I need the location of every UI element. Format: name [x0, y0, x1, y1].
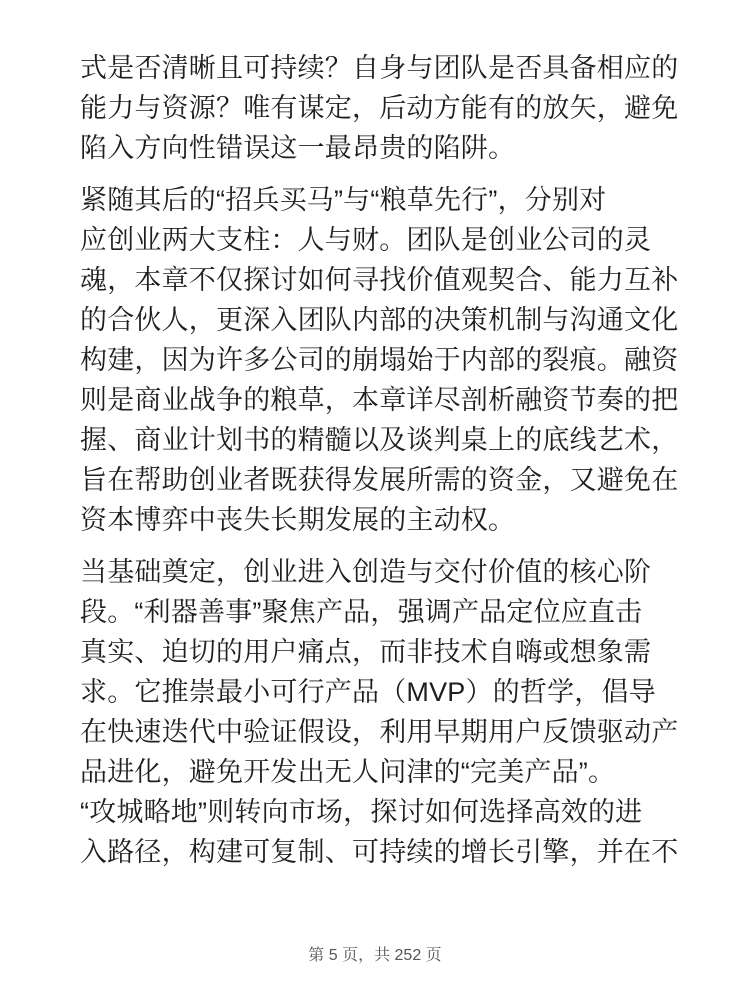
text-line: 式是否清晰且可持续？自身与团队是否具备相应的 — [80, 48, 676, 88]
page-number: 第 5 页，共 252 页 — [0, 946, 750, 966]
text-line: 构建，因为许多公司的崩塌始于内部的裂痕。融资 — [80, 340, 676, 380]
page-text: 式是否清晰且可持续？自身与团队是否具备相应的能力与资源？唯有谋定，后动方能有的放… — [80, 48, 676, 884]
text-line: 在快速迭代中验证假设，利用早期用户反馈驱动产 — [80, 712, 676, 752]
text-line: 资本博弈中丧失长期发展的主动权。 — [80, 500, 676, 540]
text-line: 真实、迫切的用户痛点，而非技术自嗨或想象需 — [80, 632, 676, 672]
text-line: 入路径，构建可复制、可持续的增长引擎，并在不 — [80, 832, 676, 872]
text-line: 握、商业计划书的精髓以及谈判桌上的底线艺术， — [80, 420, 676, 460]
paragraph: 式是否清晰且可持续？自身与团队是否具备相应的能力与资源？唯有谋定，后动方能有的放… — [80, 48, 676, 168]
paragraph: 当基础奠定，创业进入创造与交付价值的核心阶段。“利器善事”聚焦产品，强调产品定位… — [80, 552, 676, 872]
paragraph: 紧随其后的“招兵买马”与“粮草先行”，分别对应创业两大支柱：人与财。团队是创业公… — [80, 180, 676, 540]
text-line: 能力与资源？唯有谋定，后动方能有的放矢，避免 — [80, 88, 676, 128]
text-line: 品进化，避免开发出无人问津的“完美产品”。 — [80, 752, 676, 792]
document-page: 式是否清晰且可持续？自身与团队是否具备相应的能力与资源？唯有谋定，后动方能有的放… — [0, 0, 750, 1000]
text-line: 魂，本章不仅探讨如何寻找价值观契合、能力互补 — [80, 260, 676, 300]
text-line: 的合伙人，更深入团队内部的决策机制与沟通文化 — [80, 300, 676, 340]
text-line: 陷入方向性错误这一最昂贵的陷阱。 — [80, 128, 676, 168]
text-line: 求。它推崇最小可行产品（MVP）的哲学，倡导 — [80, 672, 676, 712]
text-line: 应创业两大支柱：人与财。团队是创业公司的灵 — [80, 220, 676, 260]
text-line: 旨在帮助创业者既获得发展所需的资金，又避免在 — [80, 460, 676, 500]
text-line: 段。“利器善事”聚焦产品，强调产品定位应直击 — [80, 592, 676, 632]
text-line: “攻城略地”则转向市场，探讨如何选择高效的进 — [80, 792, 676, 832]
text-line: 紧随其后的“招兵买马”与“粮草先行”，分别对 — [80, 180, 676, 220]
text-line: 则是商业战争的粮草，本章详尽剖析融资节奏的把 — [80, 380, 676, 420]
text-line: 当基础奠定，创业进入创造与交付价值的核心阶 — [80, 552, 676, 592]
